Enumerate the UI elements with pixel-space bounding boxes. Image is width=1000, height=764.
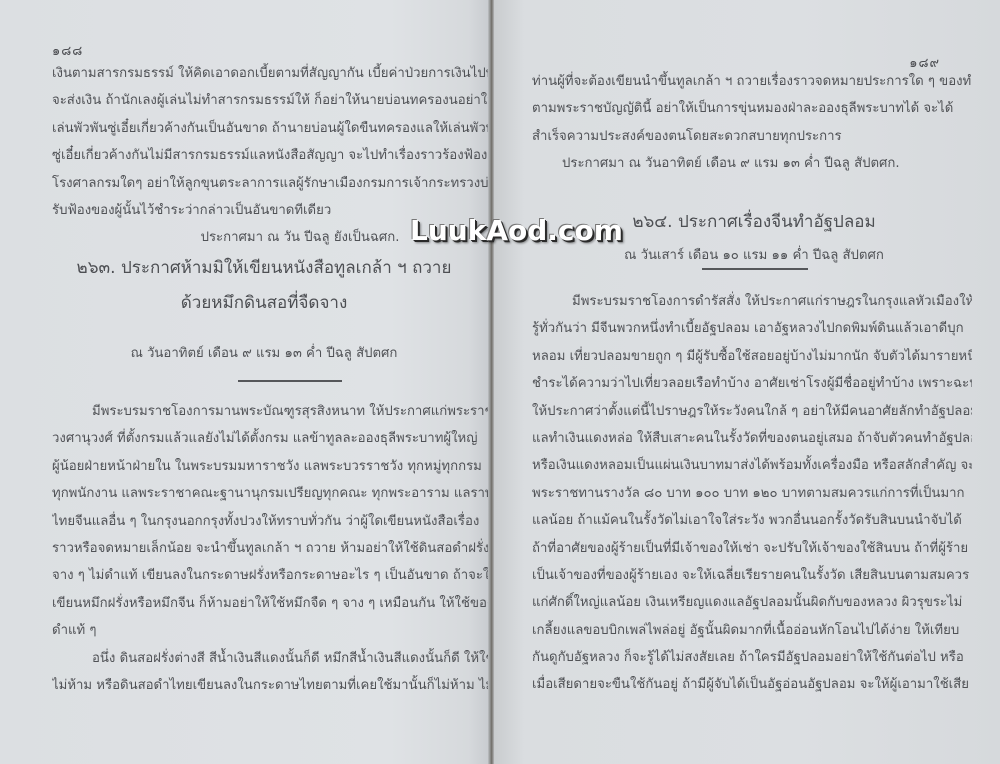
left-page: ๑๘๘ เงินตามสารกรมธรรม์ ให้คิดเอาดอกเบี้ย… (0, 0, 488, 764)
section-263-title-line1: ๒๖๓. ประกาศห้ามมิให้เขียนหนังสือทูลเกล้า… (40, 254, 488, 281)
text-line: เล่นพัวพันซู่เอี๋ยเกี่ยวค้างกันเป็นอันขา… (52, 115, 488, 142)
text-line: มีพระบรมราชโองการดำรัสสั่ง ให้ประกาศแก่ร… (532, 288, 972, 315)
text-line: อนึ่ง ดินสอฝรั่งต่างสี สีน้ำเงินสีแดงนั้… (52, 645, 488, 672)
text-line: สำเร็จความประสงค์ของตนโดยสะดวกสบายทุกประ… (532, 123, 972, 150)
text-line: เงินตามสารกรมธรรม์ ให้คิดเอาดอกเบี้ยตามท… (52, 60, 488, 87)
text-line: ทุกพนักงาน แลพระราชาคณะฐานานุกรมเปรียญทุ… (52, 480, 488, 507)
text-line: โรงศาลกรมใดๆ อย่าให้ลูกขุนตระลาการแลผู้ร… (52, 170, 488, 197)
text-line: ไทยจีนแลอื่น ๆ ในกรุงนอกกรุงทั้งปวงให้ทร… (52, 508, 488, 535)
text-line: ชำระได้ความว่าไปเที่ยวลอยเรือทำบ้าง อาศั… (532, 370, 972, 397)
section-264-body: มีพระบรมราชโองการดำรัสสั่ง ให้ประกาศแก่ร… (532, 288, 972, 699)
text-line: เป็นเจ้าของที่ของผู้ร้ายเอง จะให้เฉลี่ยเ… (532, 562, 972, 589)
section-263-title-line2: ด้วยหมึกดินสอที่จืดจาง (40, 289, 488, 316)
right-continuation-text: ท่านผู้ที่จะต้องเขียนนำขึ้นทูลเกล้า ฯ ถว… (532, 68, 972, 178)
text-line: ราวหรือจดหมายเล็กน้อย จะนำขึ้นทูลเกล้า ฯ… (52, 535, 488, 562)
proclamation-date: ประกาศมา ณ วันอาทิตย์ เดือน ๙ แรม ๑๓ ค่ำ… (532, 150, 972, 177)
section-264-date: ณ วันเสาร์ เดือน ๑๐ แรม ๑๑ ค่ำ ปีฉลู สัป… (514, 244, 994, 265)
text-line: เมื่อเสียดายจะขืนใช้กันอยู่ ถ้ามีผู้จับไ… (532, 671, 972, 698)
text-line: หรือเงินแดงหลอมเป็นแผ่นเงินบาทมาส่งได้พร… (532, 452, 972, 479)
text-line: เกลี้ยงแลขอบบิกเพล่ไพล่อยู่ อัฐนั้นผิดมา… (532, 617, 972, 644)
section-263-date: ณ วันอาทิตย์ เดือน ๙ แรม ๑๓ ค่ำ ปีฉลู สั… (40, 342, 488, 363)
text-line: แลน้อย ถ้าแม้คนในรั้งวัดไม่เอาใจใส่ระวัง… (532, 507, 972, 534)
text-line: ผู้น้อยฝ่ายหน้าฝ่ายใน ในพระบรมมหาราชวัง … (52, 453, 488, 480)
text-line: ท่านผู้ที่จะต้องเขียนนำขึ้นทูลเกล้า ฯ ถว… (532, 68, 972, 95)
text-line: จะส่งเงิน ถ้านักเลงผู้เล่นไม่ทำสารกรมธรร… (52, 87, 488, 114)
text-line: ตามพระราชบัญญัตินี้ อย่าให้เป็นการขุ่นหม… (532, 95, 972, 122)
text-line: ดำแท้ ๆ (52, 617, 488, 644)
text-line: จาง ๆ ไม่ดำแท้ เขียนลงในกระดาษฝรั่งหรือก… (52, 562, 488, 589)
text-line: แลทำเงินแดงหล่อ ให้สืบเสาะคนในรั้งวัดที่… (532, 425, 972, 452)
text-line: ไม่ห้าม หรือดินสอดำไทยเขียนลงในกระดาษไทย… (52, 672, 488, 699)
text-line: แก่ศักดิ์ใหญ่แลน้อย เงินเหรียญแดงแลอัฐปล… (532, 589, 972, 616)
text-line: ซู่เอี๋ยเกี่ยวค้างกันไม่มีสารกรมธรรม์แลห… (52, 142, 488, 169)
text-line: ถ้าที่อาศัยของผู้ร้ายเป็นที่มีเจ้าของให้… (532, 535, 972, 562)
section-263-body: มีพระบรมราชโองการมานพระบัณฑูรสุรสิงหนาท … (52, 398, 488, 699)
section-263-title: ๒๖๓. ประกาศห้ามมิให้เขียนหนังสือทูลเกล้า… (40, 254, 488, 316)
section-divider (238, 380, 342, 382)
text-line: เขียนหมึกฝรั่งหรือหมึกจีน ก็ห้ามอย่าให้ใ… (52, 590, 488, 617)
text-line: ให้ประกาศว่าตั้งแต่นี้ไปราษฎรให้ระวังคนใ… (532, 398, 972, 425)
text-line: รู้ทั่วกันว่า มีจีนพวกหนึ่งทำเบี้ยอัฐปลอ… (532, 315, 972, 342)
section-divider (702, 268, 808, 270)
text-line: วงศานุวงศ์ ที่ตั้งกรมแล้วแลยังไม่ได้ตั้ง… (52, 425, 488, 452)
book-spread: ๑๘๘ เงินตามสารกรมธรรม์ ให้คิดเอาดอกเบี้ย… (0, 0, 1000, 764)
text-line: กันดูกับอัฐหลวง ก็จะรู้ได้ไม่สงสัยเลย ถ้… (532, 644, 972, 671)
text-line: พระราชทานรางวัล ๘๐ บาท ๑๐๐ บาท ๑๒๐ บาทตา… (532, 480, 972, 507)
right-page: ๑๘๙ ท่านผู้ที่จะต้องเขียนนำขึ้นทูลเกล้า … (494, 0, 1000, 764)
text-line: มีพระบรมราชโองการมานพระบัณฑูรสุรสิงหนาท … (52, 398, 488, 425)
text-line: หลอม เที่ยวปลอมขายถูก ๆ มีผู้รับซื้อใช้ส… (532, 343, 972, 370)
watermark-logo: LuukAod.com (410, 214, 623, 247)
left-page-number: ๑๘๘ (52, 40, 83, 61)
